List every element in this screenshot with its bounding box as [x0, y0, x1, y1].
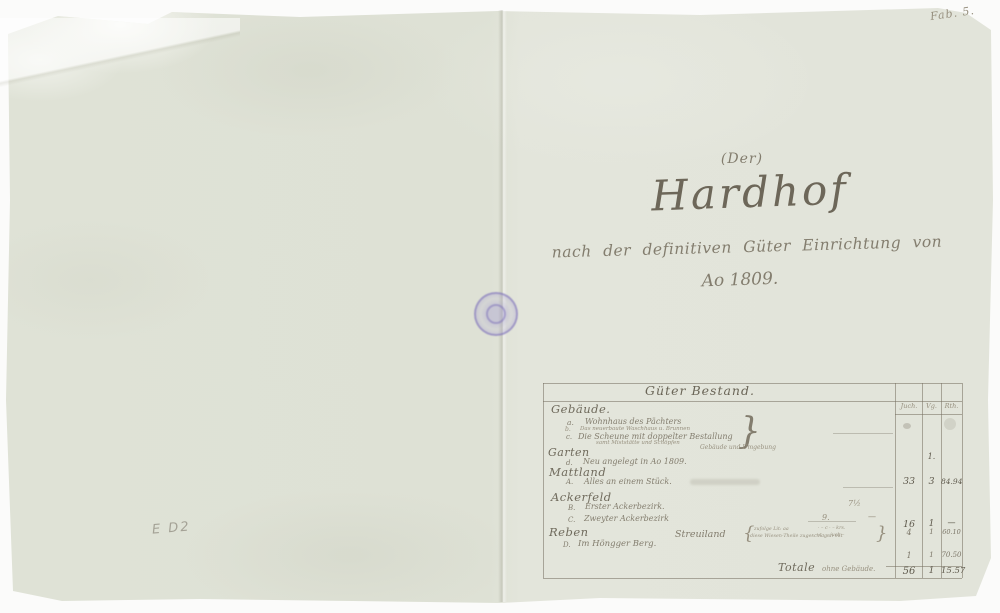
row-ackerfeld-c: Zweyter Ackerbezirk — [584, 515, 669, 523]
cell-ackerb-rth: — — [941, 519, 962, 527]
title-prefix: (Der) — [700, 152, 784, 166]
pencil-shelfmark: E D2 — [152, 520, 192, 536]
cell-total-rth: 15.57 — [941, 567, 962, 576]
table-colheader-underline — [895, 414, 962, 415]
streuiland-note-1: zufolge Lit: aa — [754, 528, 789, 533]
col-header-juch: Juch. — [896, 403, 922, 410]
cell-ackerc-juch: 4 — [896, 529, 922, 537]
total-label: Totale — [778, 562, 815, 573]
cell-ackerc-rth: 60.10 — [941, 529, 962, 536]
row-gebaeude-c-sub: samt Miststätte und Schöpfen — [596, 441, 680, 447]
gebaeude-brace-note: Gebäude und Umgebung — [700, 445, 776, 451]
col-header-rth: Rth. — [941, 403, 962, 410]
streuiland-note-3: · – c · – krs. — [818, 527, 845, 532]
table-border-bottom — [543, 578, 962, 579]
streuiland-brace-right: } — [876, 525, 887, 543]
row-letter: D. — [563, 542, 571, 549]
ink-smudge — [903, 423, 911, 429]
streuiland-note-4: · – c · – juch – — [812, 534, 844, 539]
cell-total-vg: 1 — [922, 567, 941, 576]
cell-garten-vg: 1. — [922, 453, 941, 461]
page-title: Hardhof — [637, 168, 862, 218]
row-ackerfeld-b: Erster Ackerbezirk. — [585, 503, 665, 511]
leader-gebaeude — [833, 433, 893, 434]
row-gebaeude-a: Wohnhaus des Pächters — [585, 418, 681, 426]
note-dash: — — [868, 513, 876, 521]
table-border-right — [962, 383, 963, 578]
col-header-vg: Vg. — [922, 403, 941, 410]
archive-stamp-inner-ring — [486, 304, 506, 324]
cell-reben-juch: 1 — [896, 552, 922, 560]
row-letter: B. — [568, 505, 575, 512]
section-reben: Reben — [549, 527, 589, 539]
scanned-archive-page: Fab. 5. E D2 (Der) Hardhof nach der defi… — [0, 0, 1000, 613]
cell-total-juch: 56 — [896, 567, 922, 577]
row-letter: A. — [566, 479, 573, 486]
paper-crease — [0, 18, 240, 98]
cell-ackerc-vg: 1 — [922, 529, 941, 536]
row-mattland-a: Alles an einem Stück. — [584, 478, 672, 486]
note-seven-half: 7½ — [848, 500, 861, 508]
total-label-suffix: ohne Gebäude. — [822, 566, 875, 573]
table-title: Güter Bestand. — [625, 385, 775, 398]
streuiland-label: Streuiland — [675, 530, 726, 540]
cell-mattland-vg: 3 — [922, 477, 941, 487]
cell-mattland-rth: 84.94 — [941, 478, 962, 486]
strike-nine — [808, 521, 856, 522]
row-reben-d: Im Höngger Berg. — [578, 540, 656, 549]
cell-mattland-juch: 33 — [896, 477, 922, 487]
note-nine-struck: 9. — [822, 514, 830, 522]
row-letter: c. — [566, 434, 572, 441]
cell-reben-vg: 1 — [922, 552, 941, 559]
ink-smudge — [944, 418, 956, 430]
erased-note — [690, 479, 760, 485]
archive-stamp — [474, 292, 518, 336]
row-letter: C. — [568, 517, 575, 524]
table-border-left — [543, 383, 544, 578]
section-gebaeude: Gebäude. — [551, 404, 610, 416]
leader-mattland — [843, 487, 893, 488]
cell-reben-rth: 70.50 — [941, 552, 962, 559]
